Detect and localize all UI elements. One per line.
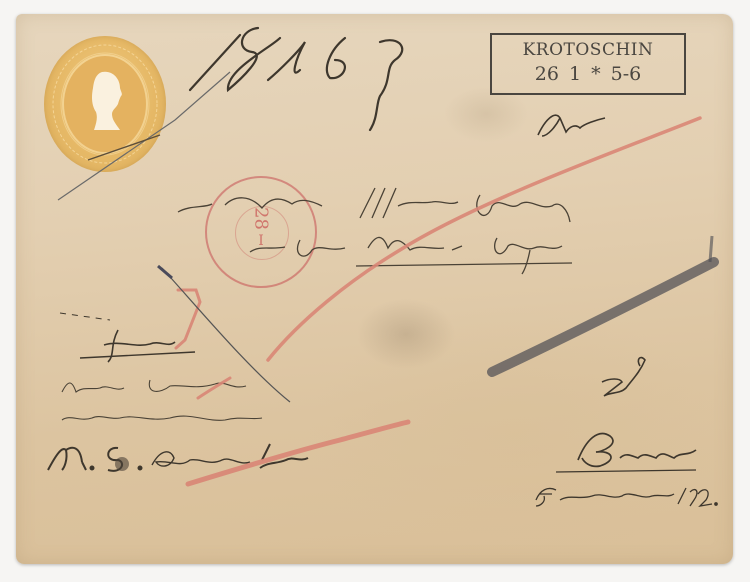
cancel-city: KROTOSCHIN <box>492 39 684 61</box>
cancel-date: 26 1 * 5-6 <box>492 61 684 87</box>
red-circular-postmark: 28 I <box>205 176 317 288</box>
krotoschin-box-cancel: KROTOSCHIN 26 1 * 5-6 <box>490 33 686 95</box>
postage-stamp-indicium <box>44 36 166 172</box>
portrait-head-icon <box>90 70 124 132</box>
